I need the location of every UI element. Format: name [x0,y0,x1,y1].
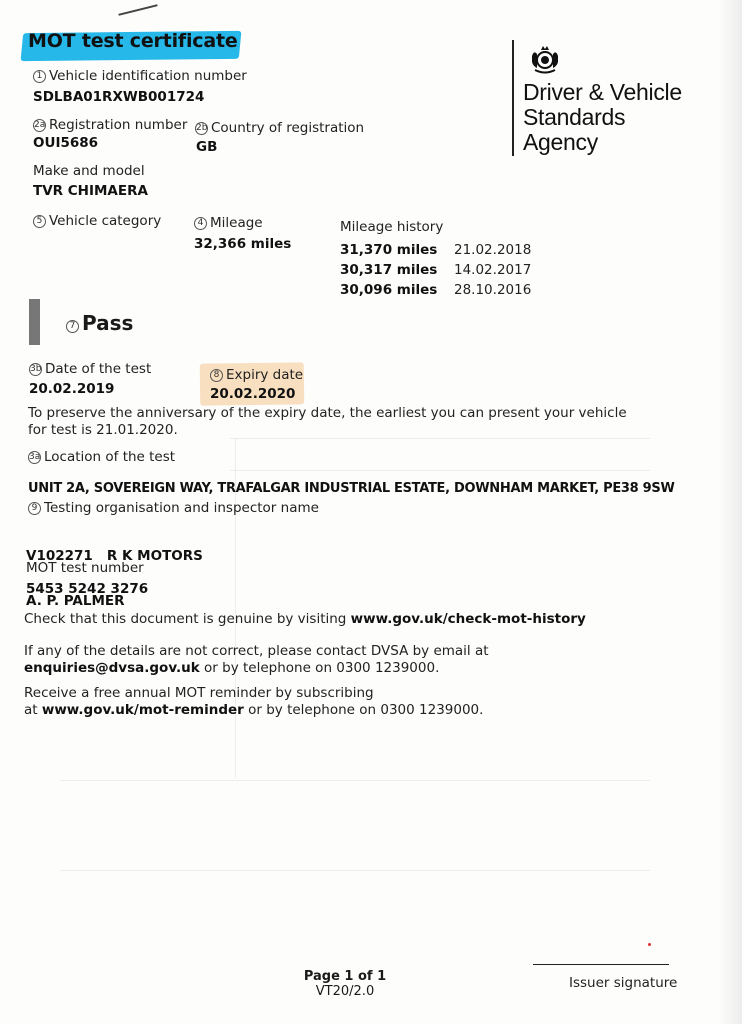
history-miles: 31,370 miles [340,242,454,258]
field-number-icon: 5 [33,215,46,228]
contact-line-1: If any of the details are not correct, p… [24,643,489,660]
form-code: VT20/2.0 [300,984,390,999]
expiry-date-value: 20.02.2020 [210,386,295,402]
test-date-label: 3bDate of the test [29,361,151,377]
check-mot-history-link[interactable]: www.gov.uk/check-mot-history [351,611,586,627]
agency-line-3: Agency [523,130,682,155]
field-number-icon: 2a [33,119,46,132]
field-number-icon: 7 [66,320,79,333]
vehicle-category-label: 5Vehicle category [33,213,161,229]
vin-value: SDLBA01RXWB001724 [33,89,204,105]
country-value: GB [196,139,217,155]
make-model-label: Make and model [33,163,145,179]
location-value: UNIT 2A, SOVEREIGN WAY, TRAFALGAR INDUST… [28,481,674,496]
field-number-icon: 9 [28,502,41,515]
vehicle-category-label-text: Vehicle category [49,213,161,229]
mot-reminder-link[interactable]: www.gov.uk/mot-reminder [42,702,244,718]
vin-label: 1Vehicle identification number [33,68,247,84]
contact-line-2: enquiries@dvsa.gov.uk or by telephone on… [24,660,489,677]
show-through-line [230,470,650,471]
mileage-label-text: Mileage [210,215,263,231]
result-status: Pass [82,311,133,335]
mileage-history-label: Mileage history [340,219,443,235]
registration-value: OUI5686 [33,135,98,151]
test-date-label-text: Date of the test [45,361,151,377]
contact-text: If any of the details are not correct, p… [24,643,489,677]
reminder-phone-text: or by telephone on 0300 1239000. [244,702,484,718]
reminder-line-1: Receive a free annual MOT reminder by su… [24,685,483,702]
signature-line [533,964,669,965]
organisation-label-text: Testing organisation and inspector name [44,500,319,516]
country-label-text: Country of registration [211,120,364,136]
location-label-text: Location of the test [44,449,175,465]
registration-label: 2aRegistration number [33,117,187,133]
reminder-text: Receive a free annual MOT reminder by su… [24,685,483,719]
history-date: 21.02.2018 [454,242,531,258]
history-miles: 30,096 miles [340,282,454,298]
history-date: 28.10.2016 [454,282,531,298]
history-miles: 30,317 miles [340,262,454,278]
test-number-value: 5453 5242 3276 [26,581,148,597]
dvsa-email-link[interactable]: enquiries@dvsa.gov.uk [24,660,200,676]
logo-divider [512,40,514,156]
make-model-value: TVR CHIMAERA [33,183,148,199]
field-number-icon: 2b [195,122,208,135]
expiry-date-label-text: Expiry date [226,367,303,383]
result-marker [29,299,40,345]
preserve-anniversary-note: To preserve the anniversary of the expir… [28,405,648,439]
agency-line-2: Standards [523,105,682,130]
contact-phone-text: or by telephone on 0300 1239000. [200,660,440,676]
history-date: 14.02.2017 [454,262,531,278]
country-label: 2bCountry of registration [195,120,364,136]
field-number-icon: 8 [210,369,223,382]
mileage-history-list: 31,370 miles21.02.2018 30,317 miles14.02… [340,239,531,299]
mileage-value: 32,366 miles [194,236,291,252]
show-through-line [60,780,650,781]
field-number-icon: 3b [29,363,42,376]
page-footer: Page 1 of 1 VT20/2.0 [300,969,390,999]
registration-label-text: Registration number [49,117,187,133]
check-genuine-text: Check that this document is genuine by v… [24,611,586,628]
mileage-history-row: 31,370 miles21.02.2018 [340,239,531,259]
royal-crest-icon [528,42,562,76]
page-title: MOT test certificate [28,30,238,52]
pen-mark [118,4,157,16]
check-text: Check that this document is genuine by v… [24,611,351,627]
page-edge-shadow [718,0,742,1024]
title-block: MOT test certificate [28,30,238,52]
issuer-signature-label: Issuer signature [569,975,677,991]
location-label: 3aLocation of the test [28,449,175,465]
mot-certificate-page: MOT test certificate Driver & Vehicle St… [0,0,742,1024]
vin-label-text: Vehicle identification number [49,68,247,84]
reminder-at: at [24,702,42,718]
expiry-date-label: 8Expiry date [210,367,303,383]
organisation-label: 9Testing organisation and inspector name [28,500,319,516]
mileage-history-row: 30,317 miles14.02.2017 [340,259,531,279]
show-through-line [60,870,650,871]
test-date-value: 20.02.2019 [29,381,114,397]
field-number-icon: 1 [33,70,46,83]
agency-line-1: Driver & Vehicle [523,80,682,105]
agency-name: Driver & Vehicle Standards Agency [523,80,682,155]
red-dot-mark [648,943,651,946]
field-number-icon: 4 [194,217,207,230]
mileage-history-row: 30,096 miles28.10.2016 [340,279,531,299]
test-number-label: MOT test number [26,560,144,576]
mileage-label: 4Mileage [194,215,263,231]
page-number: Page 1 of 1 [300,969,390,984]
reminder-line-2: at www.gov.uk/mot-reminder or by telepho… [24,702,483,719]
test-result: 7Pass [66,311,133,335]
field-number-icon: 3a [28,451,41,464]
